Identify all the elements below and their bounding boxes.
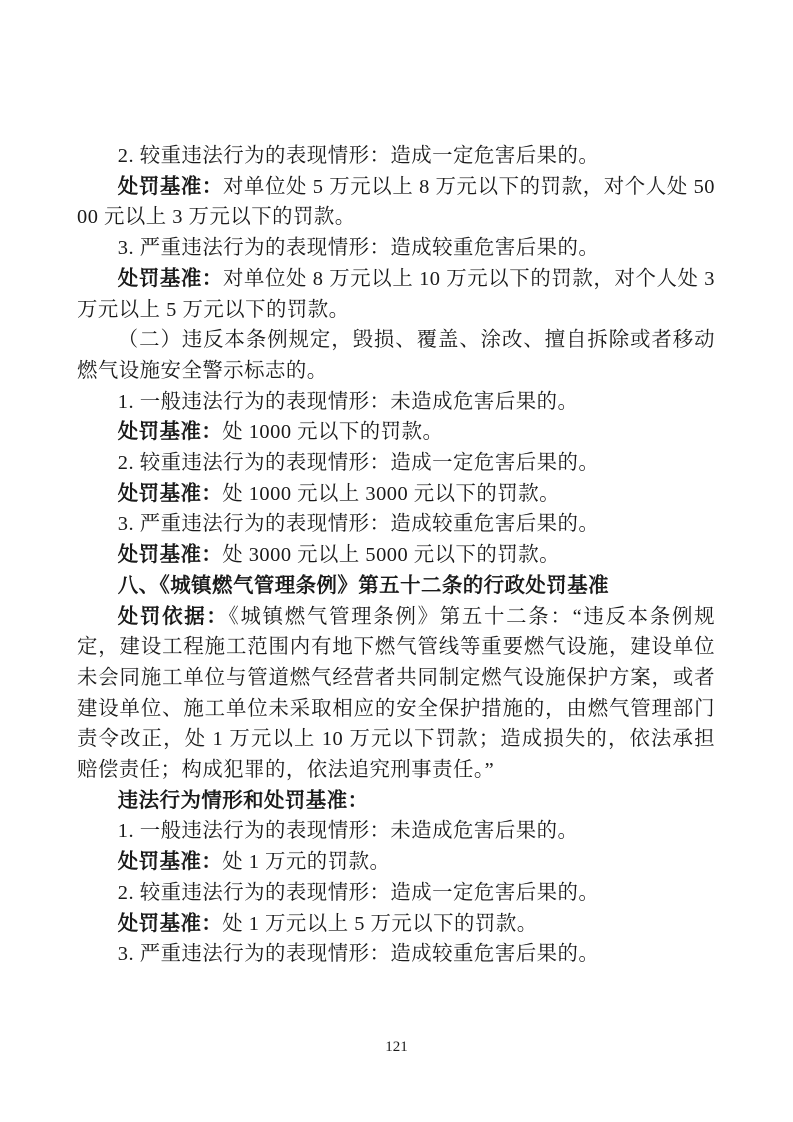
penalty-standard-label: 处罚基准：	[118, 176, 223, 198]
paragraph: （二）违反本条例规定，毁损、覆盖、涂改、擅自拆除或者移动燃气设施安全警示标志的。	[77, 325, 715, 386]
paragraph: 处罚基准：处 1 万元的罚款。	[77, 847, 715, 878]
paragraph-text: 处 3000 元以上 5000 元以下的罚款。	[222, 544, 560, 566]
paragraph-text: 2. 较重违法行为的表现情形：造成一定危害后果的。	[118, 452, 599, 474]
paragraph: 处罚基准：处 1000 元以上 3000 元以下的罚款。	[77, 479, 715, 510]
paragraph-text: 3. 严重违法行为的表现情形：造成较重危害后果的。	[118, 513, 599, 535]
paragraph: 2. 较重违法行为的表现情形：造成一定危害后果的。	[77, 448, 715, 479]
paragraph: 1. 一般违法行为的表现情形：未造成危害后果的。	[77, 387, 715, 418]
paragraph: 3. 严重违法行为的表现情形：造成较重危害后果的。	[77, 509, 715, 540]
paragraph-text: 2. 较重违法行为的表现情形：造成一定危害后果的。	[118, 882, 599, 904]
section-heading: 八、《城镇燃气管理条例》第五十二条的行政处罚基准	[77, 571, 715, 602]
paragraph-text: 处 1000 元以下的罚款。	[222, 421, 443, 443]
paragraph: 1. 一般违法行为的表现情形：未造成危害后果的。	[77, 816, 715, 847]
paragraph: 2. 较重违法行为的表现情形：造成一定危害后果的。	[77, 141, 715, 172]
penalty-basis-paragraph: 处罚依据：《城镇燃气管理条例》第五十二条：“违反本条例规定，建设工程施工范围内有…	[77, 602, 715, 786]
paragraph-text: 3. 严重违法行为的表现情形：造成较重危害后果的。	[118, 943, 599, 965]
paragraph: 处罚基准：处 1 万元以上 5 万元以下的罚款。	[77, 909, 715, 940]
paragraph-text: 1. 一般违法行为的表现情形：未造成危害后果的。	[118, 820, 579, 842]
penalty-standard-label: 处罚基准：	[118, 421, 222, 443]
paragraph: 3. 严重违法行为的表现情形：造成较重危害后果的。	[77, 939, 715, 970]
paragraph: 2. 较重违法行为的表现情形：造成一定危害后果的。	[77, 878, 715, 909]
penalty-standard-label: 处罚基准：	[118, 268, 223, 290]
subsection-heading-text: 违法行为情形和处罚基准：	[118, 790, 369, 812]
paragraph: 处罚基准：处 3000 元以上 5000 元以下的罚款。	[77, 540, 715, 571]
paragraph-text: 1. 一般违法行为的表现情形：未造成危害后果的。	[118, 391, 579, 413]
document-page: 2. 较重违法行为的表现情形：造成一定危害后果的。 处罚基准：对单位处 5 万元…	[0, 0, 793, 1122]
penalty-basis-label: 处罚依据：	[118, 606, 229, 628]
paragraph-text: 2. 较重违法行为的表现情形：造成一定危害后果的。	[118, 145, 599, 167]
paragraph: 处罚基准：对单位处 5 万元以上 8 万元以下的罚款，对个人处 5000 元以上…	[77, 172, 715, 233]
penalty-standard-label: 处罚基准：	[118, 913, 222, 935]
document-body: 2. 较重违法行为的表现情形：造成一定危害后果的。 处罚基准：对单位处 5 万元…	[77, 141, 715, 970]
paragraph-text: 《城镇燃气管理条例》第五十二条：“违反本条例规定，建设工程施工范围内有地下燃气管…	[77, 606, 715, 782]
paragraph-text: 处 1000 元以上 3000 元以下的罚款。	[222, 483, 560, 505]
paragraph-text: 处 1 万元以上 5 万元以下的罚款。	[222, 913, 537, 935]
paragraph: 3. 严重违法行为的表现情形：造成较重危害后果的。	[77, 233, 715, 264]
penalty-standard-label: 处罚基准：	[118, 483, 222, 505]
page-footer: 121	[0, 1038, 793, 1056]
penalty-standard-label: 处罚基准：	[118, 544, 222, 566]
subsection-heading: 违法行为情形和处罚基准：	[77, 786, 715, 817]
paragraph-text: （二）违反本条例规定，毁损、覆盖、涂改、擅自拆除或者移动燃气设施安全警示标志的。	[77, 329, 715, 382]
paragraph: 处罚基准：对单位处 8 万元以上 10 万元以下的罚款，对个人处 3 万元以上 …	[77, 264, 715, 325]
penalty-standard-label: 处罚基准：	[118, 851, 222, 873]
section-heading-text: 八、《城镇燃气管理条例》第五十二条的行政处罚基准	[118, 575, 609, 597]
paragraph-text: 3. 严重违法行为的表现情形：造成较重危害后果的。	[118, 237, 599, 259]
page-number: 121	[385, 1039, 408, 1055]
paragraph-text: 处 1 万元的罚款。	[222, 851, 390, 873]
paragraph: 处罚基准：处 1000 元以下的罚款。	[77, 417, 715, 448]
